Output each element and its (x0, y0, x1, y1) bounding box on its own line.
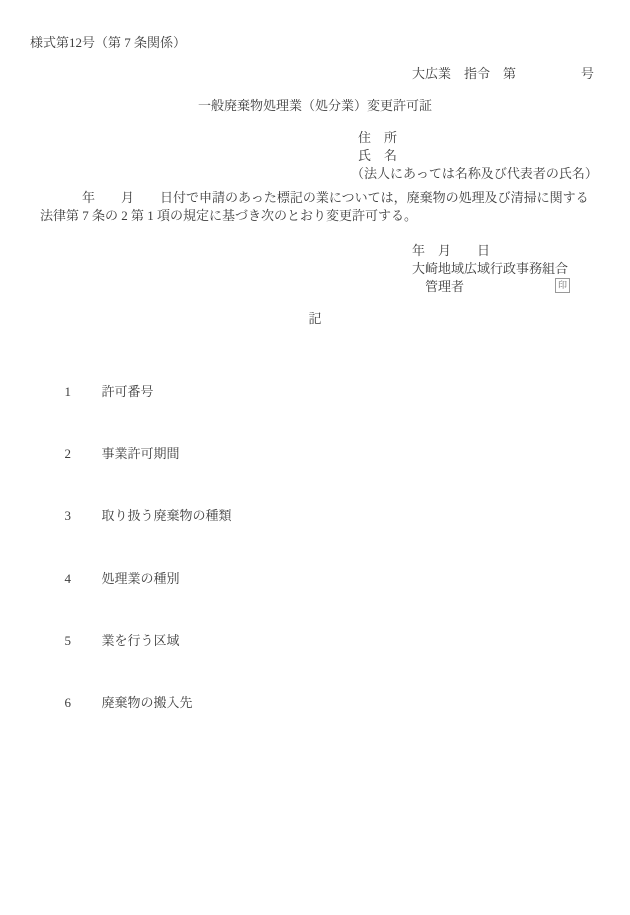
issuing-organization: 大崎地域広域行政事務組合 (412, 261, 568, 276)
document-page: 様式第12号（第 7 条関係） 大広業 指令 第 号 一般廃棄物処理業（処分業）… (0, 0, 630, 915)
list-item: 1許可番号 (45, 369, 232, 401)
item-label: 廃棄物の搬入先 (102, 695, 193, 710)
item-number: 3 (65, 508, 102, 523)
item-number: 2 (65, 446, 102, 461)
list-item: 4処理業の種別 (45, 556, 232, 588)
seal-mark: 印 (555, 278, 570, 293)
issue-date-line: 年 月 日 (412, 243, 490, 258)
form-number: 様式第12号（第 7 条関係） (30, 35, 186, 50)
list-item: 5業を行う区域 (45, 618, 232, 650)
manager-label: 管理者 (425, 279, 464, 294)
recipient-address-label: 住 所 (358, 130, 397, 145)
item-label: 業を行う区域 (102, 633, 180, 648)
body-text-line-2: 法律第 7 条の 2 第 1 項の規定に基づき次のとおり変更許可する。 (40, 208, 417, 223)
list-item: 2事業許可期間 (45, 431, 232, 463)
item-number: 5 (65, 633, 102, 648)
item-label: 取り扱う廃棄物の種類 (102, 508, 232, 523)
items-list: 1許可番号 2事業許可期間 3取り扱う廃棄物の種類 4処理業の種別 5業を行う区… (45, 339, 232, 742)
item-number: 4 (65, 571, 102, 586)
item-number: 1 (65, 384, 102, 399)
item-number: 6 (65, 695, 102, 710)
item-label: 処理業の種別 (102, 571, 180, 586)
recipient-name-label: 氏 名 (358, 148, 397, 163)
document-title: 一般廃棄物処理業（処分業）変更許可証 (0, 98, 630, 113)
item-label: 事業許可期間 (102, 446, 180, 461)
item-label: 許可番号 (102, 384, 154, 399)
body-text-line-1: 年 月 日付で申請のあった標記の業については，廃棄物の処理及び清掃に関する (30, 190, 589, 205)
directive-number-line: 大広業 指令 第 号 (412, 66, 594, 81)
list-item: 6廃棄物の搬入先 (45, 680, 232, 712)
recipient-corporate-note: （法人にあっては名称及び代表者の氏名） (351, 166, 598, 181)
list-item: 3取り扱う廃棄物の種類 (45, 493, 232, 525)
ki-heading: 記 (0, 311, 630, 326)
